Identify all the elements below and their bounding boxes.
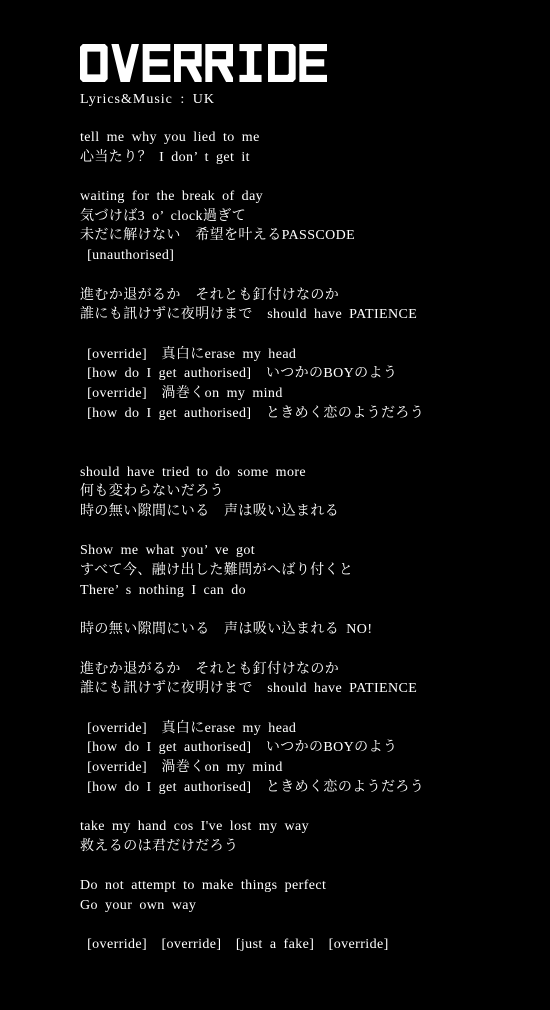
lyric-blank-line (80, 699, 530, 719)
lyric-line: [override] [override] [just a fake] [ove… (80, 935, 530, 955)
title-letter (80, 44, 108, 82)
lyric-line: すべて今、融け出した難問がへばり付くと (80, 561, 530, 581)
credit-line: Lyrics&Music : UK (80, 91, 530, 109)
lyric-blank-line (80, 916, 530, 936)
lyric-line: 誰にも訊けずに夜明けまで should have PATIENCE (80, 305, 530, 325)
lyric-line: 救えるのは君だけだろう (80, 837, 530, 857)
title-letter (111, 44, 139, 82)
lyric-line: [override] 渦巻くon my mind (80, 758, 530, 778)
lyric-line: [how do I get authorised] いつかのBOYのよう (80, 738, 530, 758)
lyrics: tell me why you lied to me心当たり？ I don’ t… (80, 128, 530, 955)
title-letter (239, 44, 261, 82)
lyric-line: [unauthorised] (80, 246, 530, 266)
lyric-blank-line (80, 167, 530, 187)
lyric-line: [how do I get authorised] いつかのBOYのよう (80, 364, 530, 384)
lyric-line: 何も変わらないだろう (80, 482, 530, 502)
lyric-blank-line (80, 325, 530, 345)
lyric-line: should have tried to do some more (80, 463, 530, 483)
lyric-line: 誰にも訊けずに夜明けまで should have PATIENCE (80, 679, 530, 699)
lyric-line: There’ s nothing I can do (80, 581, 530, 601)
lyric-line: 心当たり？ I don’ t get it (80, 148, 530, 168)
title-letter (174, 44, 202, 82)
page-title (80, 44, 530, 82)
lyric-line: 時の無い隙間にいる 声は吸い込まれる (80, 502, 530, 522)
lyric-blank-line (80, 266, 530, 286)
title-letter (268, 44, 296, 82)
lyric-line: waiting for the break of day (80, 187, 530, 207)
lyric-line: [how do I get authorised] ときめく恋のようだろう (80, 778, 530, 798)
lyric-blank-line (80, 601, 530, 621)
lyric-line: 進むか退がるか それとも釘付けなのか (80, 286, 530, 306)
lyric-line: 未だに解けない 希望を叶えるPASSCODE (80, 226, 530, 246)
lyric-line: [override] 真白にerase my head (80, 719, 530, 739)
lyric-line: Do not attempt to make things perfect (80, 876, 530, 896)
lyric-blank-line (80, 797, 530, 817)
lyric-line: take my hand cos I've lost my way (80, 817, 530, 837)
lyric-line: 時の無い隙間にいる 声は吸い込まれる NO! (80, 620, 530, 640)
title-letter (299, 44, 327, 82)
lyrics-page: Lyrics&Music : UK tell me why you lied t… (0, 0, 550, 1010)
lyric-line: Go your own way (80, 896, 530, 916)
title-letter (143, 44, 171, 82)
page-content: Lyrics&Music : UK tell me why you lied t… (80, 44, 530, 955)
title-wordmark-svg (80, 44, 327, 82)
title-letter (205, 44, 233, 82)
lyric-line: 進むか退がるか それとも釘付けなのか (80, 660, 530, 680)
lyric-blank-line (80, 443, 530, 463)
lyric-line: 気づけば3 o’ clock過ぎて (80, 207, 530, 227)
lyric-blank-line (80, 522, 530, 542)
lyric-blank-line (80, 423, 530, 443)
lyric-line: [override] 渦巻くon my mind (80, 384, 530, 404)
lyric-blank-line (80, 640, 530, 660)
lyric-line: tell me why you lied to me (80, 128, 530, 148)
lyric-line: [override] 真白にerase my head (80, 345, 530, 365)
lyric-blank-line (80, 856, 530, 876)
lyric-line: [how do I get authorised] ときめく恋のようだろう (80, 404, 530, 424)
lyric-line: Show me what you’ ve got (80, 541, 530, 561)
